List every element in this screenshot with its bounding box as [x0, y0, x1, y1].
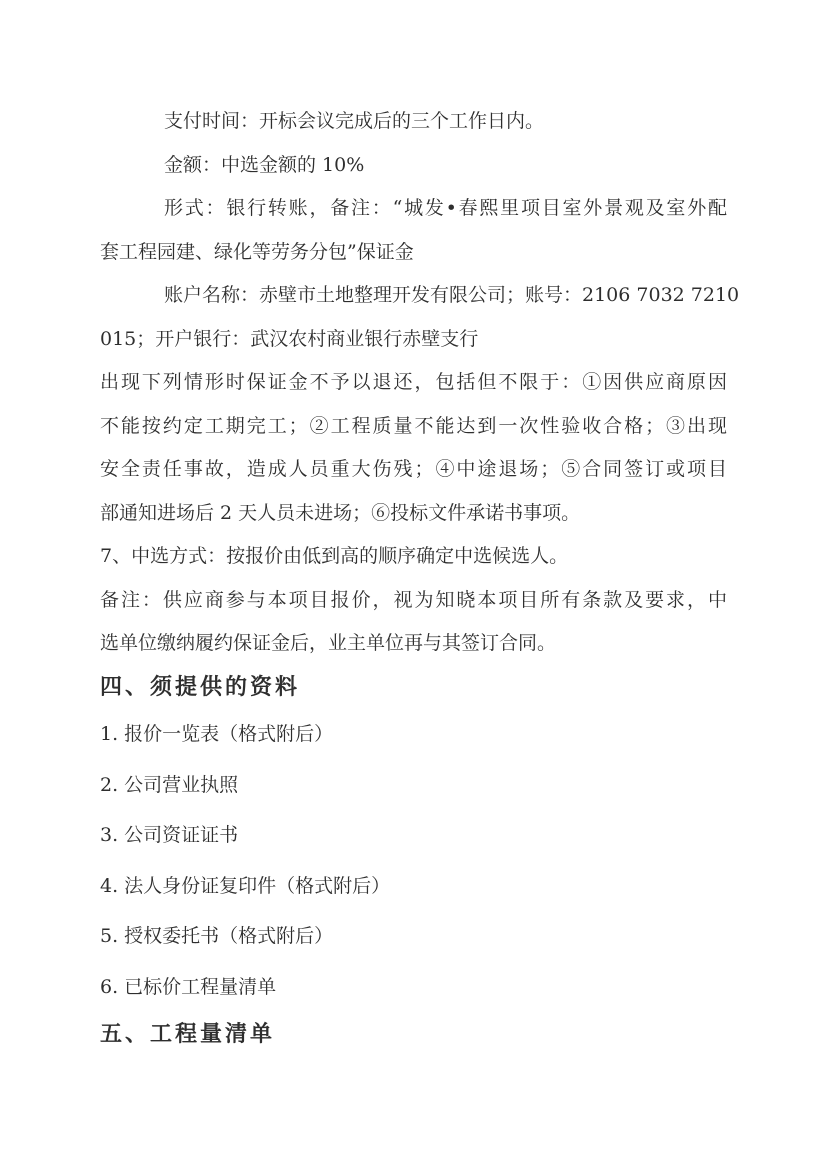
line-forfeit-clause-3: 安全责任事故，造成人员重大伤残；④中途退场；⑤合同签订或项目 — [100, 448, 727, 492]
list-item-5: 5. 授权委托书（格式附后） — [100, 911, 727, 962]
line-transfer-form: 形式：银行转账，备注：“城发•春熙里项目室外景观及室外配 — [100, 187, 727, 231]
document-content: 支付时间：开标会议完成后的三个工作日内。 金额：中选金额的 10% 形式：银行转… — [0, 0, 826, 1056]
line-selection-method: 7、中选方式：按报价由低到高的顺序确定中选候选人。 — [100, 535, 727, 579]
line-account-info: 账户名称：赤壁市土地整理开发有限公司；账号：2106 7032 7210 — [100, 274, 727, 318]
line-remark: 备注：供应商参与本项目报价，视为知晓本项目所有条款及要求，中 — [100, 579, 727, 623]
line-forfeit-clause-4: 部通知进场后 2 天人员未进场；⑥投标文件承诺书事项。 — [100, 492, 727, 536]
list-item-3: 3. 公司资证证书 — [100, 810, 727, 861]
line-amount: 金额：中选金额的 10% — [100, 144, 727, 188]
document-page: 支付时间：开标会议完成后的三个工作日内。 金额：中选金额的 10% 形式：银行转… — [0, 0, 826, 1169]
line-remark-cont: 选单位缴纳履约保证金后，业主单位再与其签订合同。 — [100, 622, 727, 666]
list-item-2: 2. 公司营业执照 — [100, 760, 727, 811]
heading-section-four: 四、须提供的资料 — [100, 666, 727, 710]
line-payment-time: 支付时间：开标会议完成后的三个工作日内。 — [100, 100, 727, 144]
line-transfer-form-cont: 套工程园建、绿化等劳务分包”保证金 — [100, 231, 727, 275]
list-item-1: 1. 报价一览表（格式附后） — [100, 709, 727, 760]
line-account-info-cont: 015；开户银行：武汉农村商业银行赤壁支行 — [100, 318, 727, 362]
heading-section-five: 五、工程量清单 — [100, 1013, 727, 1057]
line-forfeit-clause-1: 出现下列情形时保证金不予以退还，包括但不限于：①因供应商原因 — [100, 361, 727, 405]
list-item-6: 6. 已标价工程量清单 — [100, 962, 727, 1013]
list-item-4: 4. 法人身份证复印件（格式附后） — [100, 861, 727, 912]
line-forfeit-clause-2: 不能按约定工期完工；②工程质量不能达到一次性验收合格；③出现 — [100, 405, 727, 449]
